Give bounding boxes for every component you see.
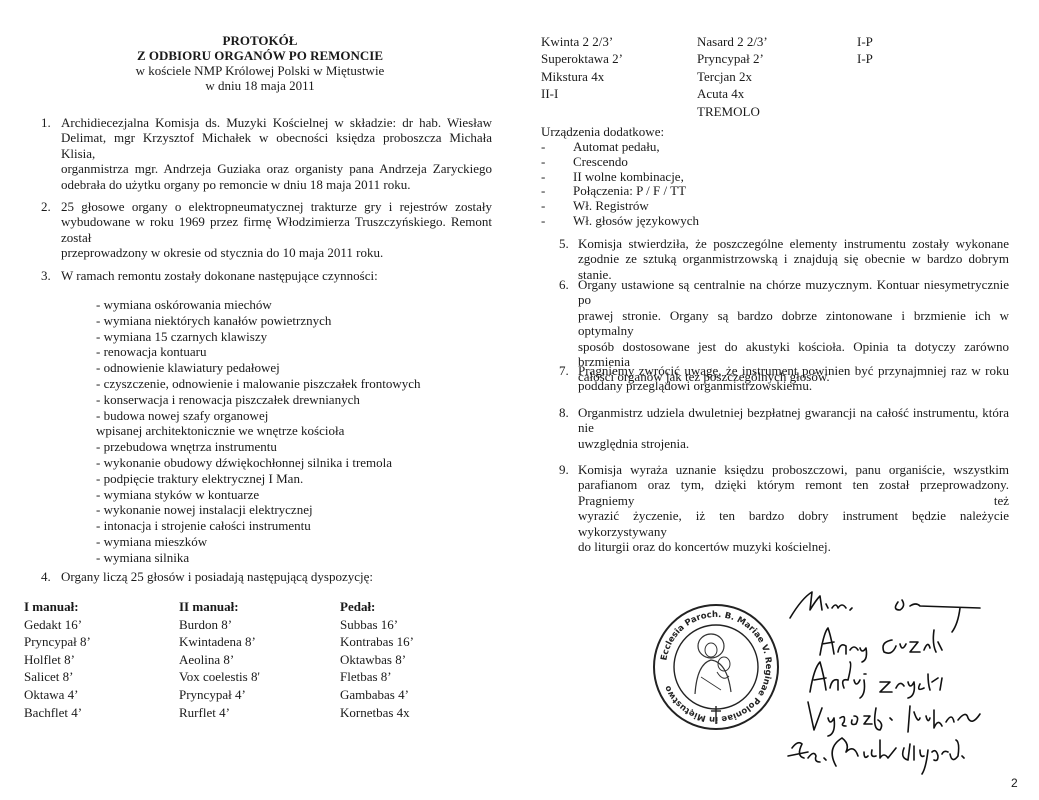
section-number: 1. xyxy=(41,115,51,130)
handwritten-signatures-icon xyxy=(780,580,1030,780)
renovation-task-item: - wymiana silnika xyxy=(96,550,421,566)
renovation-task-item: - wymiana styków w kontuarze xyxy=(96,487,421,503)
section-number: 4. xyxy=(41,569,51,584)
stop-item: II-I xyxy=(541,85,623,102)
renovation-task-item: - intonacja i strojenie całości instrume… xyxy=(96,518,421,534)
section-number: 7. xyxy=(559,363,569,378)
stoplist-column-pedal-cont: I-PI-P xyxy=(857,33,873,68)
text-line: odebrała do użytku organy po remoncie w … xyxy=(61,177,492,192)
stamp-seal-icon: Ecclesia Paroch. B. Mariae V. Reginae Po… xyxy=(651,602,781,732)
stop-item: I-P xyxy=(857,33,873,50)
section-text: Organmistrz udziela dwuletniej bezpłatne… xyxy=(578,405,1009,451)
stop-item: Rurflet 4’ xyxy=(179,704,260,722)
stop-item: Superoktawa 2’ xyxy=(541,50,623,67)
stoplist-column-manual-2-cont: Nasard 2 2/3’Pryncypał 2’Tercjan 2xAcuta… xyxy=(697,33,768,120)
stop-item: Acuta 4x xyxy=(697,85,768,102)
extras-item: -II wolne kombinacje, xyxy=(541,170,699,185)
stop-item: Kwinta 2 2/3’ xyxy=(541,33,623,50)
extras-item: -Połączenia: P / F / TT xyxy=(541,184,699,199)
stop-item: Gedakt 16’ xyxy=(24,616,91,634)
section-number: 2. xyxy=(41,199,51,214)
section-number: 6. xyxy=(559,277,569,292)
stoplist-heading: Pedał: xyxy=(340,598,414,616)
renovation-task-item: - wykonanie nowej instalacji elektryczne… xyxy=(96,502,421,518)
document-header: PROTOKÓŁ Z ODBIORU ORGANÓW PO REMONCIE w… xyxy=(0,33,520,93)
stop-item: Nasard 2 2/3’ xyxy=(697,33,768,50)
stop-item: Kontrabas 16’ xyxy=(340,633,414,651)
stop-item: Kwintadena 8’ xyxy=(179,633,260,651)
stop-item: Subbas 16’ xyxy=(340,616,414,634)
stoplist-column-manual-2: II manuał:Burdon 8’Kwintadena 8’Aeolina … xyxy=(179,598,260,721)
text-line: Pragniemy zwrócić uwagę, że instrument p… xyxy=(578,363,1009,378)
stop-item: Kornetbas 4x xyxy=(340,704,414,722)
text-line: Organy ustawione są centralnie na chórze… xyxy=(578,277,1009,308)
section-number: 9. xyxy=(559,462,569,477)
text-line: 25 głosowe organy o elektropneumatycznej… xyxy=(61,199,492,214)
stop-item: Pryncypał 8’ xyxy=(24,633,91,651)
extras-heading: Urządzenia dodatkowe: xyxy=(541,124,664,139)
stop-item: Tercjan 2x xyxy=(697,68,768,85)
renovation-task-item: - czyszczenie, odnowienie i malowanie pi… xyxy=(96,376,421,392)
text-line: wyrazić życzenie, iż ten bardzo dobry in… xyxy=(578,508,1009,539)
renovation-task-item: - budowa nowej szafy organowej xyxy=(96,408,421,424)
stoplist-heading: I manuał: xyxy=(24,598,91,616)
stop-item: Fletbas 8’ xyxy=(340,668,414,686)
extras-item: -Wł. Registrów xyxy=(541,199,699,214)
stop-item: Mikstura 4x xyxy=(541,68,623,85)
stop-item: Pryncypał 4’ xyxy=(179,686,260,704)
stop-item: Aeolina 8’ xyxy=(179,651,260,669)
renovation-task-item: - wymiana 15 czarnych klawiszy xyxy=(96,329,421,345)
stop-item: Holflet 8’ xyxy=(24,651,91,669)
text-line: Komisja stwierdziła, że poszczególne ele… xyxy=(578,236,1009,251)
section-number: 5. xyxy=(559,236,569,251)
stoplist-column-pedal: Pedał:Subbas 16’Kontrabas 16’Oktawbas 8’… xyxy=(340,598,414,721)
parish-stamp: Ecclesia Paroch. B. Mariae V. Reginae Po… xyxy=(651,602,781,732)
extras-item: -Wł. głosów językowych xyxy=(541,214,699,229)
stop-item: I-P xyxy=(857,50,873,67)
text-line: parafianom oraz tym, dzięki którym remon… xyxy=(578,477,1009,508)
stop-item: Pryncypał 2’ xyxy=(697,50,768,67)
text-line: Delimat, mgr Krzysztof Michałek w obecno… xyxy=(61,130,492,161)
text-line: przeprowadzony w okresie od stycznia do … xyxy=(61,245,492,260)
stop-item: Oktawa 4’ xyxy=(24,686,91,704)
section-intro: W ramach remontu zostały dokonane następ… xyxy=(61,268,378,283)
renovation-task-item: - wykonanie obudowy dźwiękochłonnej siln… xyxy=(96,455,421,471)
renovation-task-item: - podpięcie traktury elektrycznej I Man. xyxy=(96,471,421,487)
document-subtitle: Z ODBIORU ORGANÓW PO REMONCIE xyxy=(0,48,520,63)
stop-item: TREMOLO xyxy=(697,103,768,120)
stop-item: Burdon 8’ xyxy=(179,616,260,634)
stop-item: Gambabas 4’ xyxy=(340,686,414,704)
stop-item: Vox coelestis 8' xyxy=(179,668,260,686)
stoplist-heading: II manuał: xyxy=(179,598,260,616)
renovation-task-item: - wymiana oskórowania miechów xyxy=(96,297,421,313)
text-line: wybudowane w roku 1969 przez firmę Włodz… xyxy=(61,214,492,245)
stoplist-column-manual-1: I manuał:Gedakt 16’Pryncypał 8’Holflet 8… xyxy=(24,598,91,721)
document-title: PROTOKÓŁ xyxy=(0,33,520,48)
document-location: w kościele NMP Królowej Polski w Miętust… xyxy=(0,63,520,78)
renovation-task-item: - renowacja kontuaru xyxy=(96,344,421,360)
text-line: uwzględnia strojenia. xyxy=(578,436,1009,451)
renovation-task-item: - odnowienie klawiatury pedałowej xyxy=(96,360,421,376)
text-line: prawej stronie. Organy są bardzo dobrze … xyxy=(578,308,1009,339)
text-line: Komisja wyraża uznanie księdzu proboszcz… xyxy=(578,462,1009,477)
section-number: 3. xyxy=(41,268,51,283)
text-line: poddany przeglądowi organmistrzowskiemu. xyxy=(578,378,1009,393)
section-text: 25 głosowe organy o elektropneumatycznej… xyxy=(61,199,492,261)
renovation-task-item: - konserwacja i renowacja piszczałek dre… xyxy=(96,392,421,408)
signature-block xyxy=(780,580,1030,780)
section-text: Komisja wyraża uznanie księdzu proboszcz… xyxy=(578,462,1009,554)
stop-item: Bachflet 4’ xyxy=(24,704,91,722)
renovation-task-list: - wymiana oskórowania miechów- wymiana n… xyxy=(96,297,421,566)
renovation-task-item: wpisanej architektonicznie we wnętrze ko… xyxy=(96,423,421,439)
renovation-task-item: - wymiana niektórych kanałów powietrznyc… xyxy=(96,313,421,329)
text-line: Archidiecezjalna Komisja ds. Muzyki Kośc… xyxy=(61,115,492,130)
stop-item: Salicet 8’ xyxy=(24,668,91,686)
section-text: Komisja stwierdziła, że poszczególne ele… xyxy=(578,236,1009,282)
section-text: Archidiecezjalna Komisja ds. Muzyki Kośc… xyxy=(61,115,492,192)
stop-item: Oktawbas 8’ xyxy=(340,651,414,669)
text-line: do liturgii oraz do koncertów muzyki koś… xyxy=(578,539,1009,554)
section-number: 8. xyxy=(559,405,569,420)
text-line: organmistrza mgr. Andrzeja Guziaka oraz … xyxy=(61,161,492,176)
extras-list: -Automat pedału,-Crescendo-II wolne komb… xyxy=(541,140,699,229)
text-line: Organmistrz udziela dwuletniej bezpłatne… xyxy=(578,405,1009,436)
extras-item: -Automat pedału, xyxy=(541,140,699,155)
section-text: Pragniemy zwrócić uwagę, że instrument p… xyxy=(578,363,1009,394)
extras-item: -Crescendo xyxy=(541,155,699,170)
renovation-task-item: - wymiana mieszków xyxy=(96,534,421,550)
document-date: w dniu 18 maja 2011 xyxy=(0,78,520,93)
renovation-task-item: - przebudowa wnętrza instrumentu xyxy=(96,439,421,455)
stoplist-column-manual-1-cont: Kwinta 2 2/3’Superoktawa 2’Mikstura 4xII… xyxy=(541,33,623,103)
section-intro: Organy liczą 25 głosów i posiadają nastę… xyxy=(61,569,373,584)
page-number: 2 xyxy=(1011,776,1018,791)
